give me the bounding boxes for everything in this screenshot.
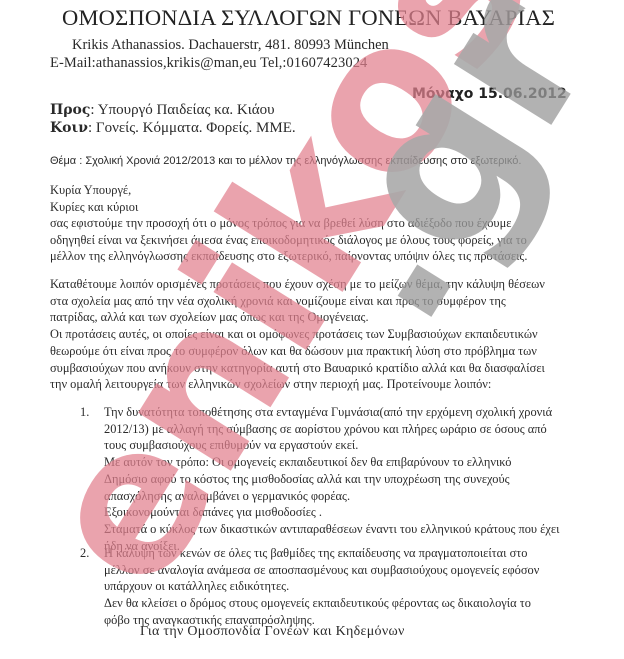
proposal-item: 1. Την δυνατότητα τοποθέτησης στα ενταγμ…: [104, 404, 559, 554]
text-line: μέλλον της ελληνόγλωσσης εκπαίδευσης στο…: [50, 248, 527, 265]
organization-contact: E-Mail:athanassios,krikis@man,eu Tel,:01…: [50, 55, 367, 72]
text-line: απασχόλησης αναλαμβάνει ο γερμανικός φορ…: [104, 488, 559, 505]
letter-page: ΟΜΟΣΠΟΝΔΙΑ ΣΥΛΛΟΓΩΝ ΓΟΝΕΩΝ ΒΑΥΑΡΙΑΣ Krik…: [0, 0, 624, 659]
text-line: σας εφιστούμε την προσοχή ότι ο μόνος τρ…: [50, 215, 527, 232]
text-line: μέλλον σε αναλογία ανάμεσα σε αποσπασμέν…: [104, 562, 539, 579]
signature-line: Για την Ομοσπονδία Γονέων και Κηδεμόνων: [140, 624, 405, 640]
recipient-to: Προς: Υπουργό Παιδείας κα. Κιάου: [50, 102, 275, 119]
text-line: Εξοικονομούνται δαπάνες για μισθοδοσίες …: [104, 504, 559, 521]
text-line: τους συμβασιούχους επιθυμούν να εργαστού…: [104, 437, 559, 454]
cc-value: : Γονείς. Κόμματα. Φορείς. ΜΜΕ.: [88, 120, 296, 136]
greeting-line: Κυρίες και κύριοι: [50, 199, 138, 216]
text-line: πατρίδας, αλλά και των σχολείων μας όπως…: [50, 309, 545, 326]
text-line: Την δυνατότητα τοποθέτησης στα ενταγμένα…: [104, 404, 559, 421]
text-line: Σταματά ο κύκλος των δικαστικών αντιπαρα…: [104, 521, 559, 538]
greeting: Κυρία Υπουργέ, Κυρίες και κύριοι: [50, 182, 138, 215]
recipient-cc: Κοιν: Γονείς. Κόμματα. Φορείς. ΜΜΕ.: [50, 120, 296, 137]
cc-label: Κοιν: [50, 120, 88, 136]
proposal-item: 2. Η κάλυψη των κενών σε όλες τις βαθμίδ…: [104, 545, 539, 629]
text-line: οδηγηθεί είναι να ξεκινήσει άμεσα ένας ε…: [50, 232, 527, 249]
text-line: στα σχολεία μας από την νέα σχολική χρον…: [50, 293, 545, 310]
text-line: υπάρχουν οι κατάλληλες ειδικότητες.: [104, 578, 539, 595]
proposal-number: 2.: [80, 545, 89, 562]
organization-name: ΟΜΟΣΠΟΝΔΙΑ ΣΥΛΛΟΓΩΝ ΓΟΝΕΩΝ ΒΑΥΑΡΙΑΣ: [62, 5, 555, 31]
text-line: συμβασιούχων που ανήκουν στην κατηγορία …: [50, 360, 545, 377]
text-line: Οι προτάσεις αυτές, οι οποίες είναι και …: [50, 326, 545, 343]
text-line: 2012/13) με αλλαγή της σύμβασης σε αορίσ…: [104, 421, 559, 438]
text-line: Δημόσιο αφού το κόστος της μισθοδοσίας α…: [104, 471, 559, 488]
organization-address: Krikis Athanassios. Dachauerstr, 481. 80…: [72, 37, 389, 54]
paragraph-proposals-intro: Καταθέτουμε λοιπόν ορισμένες προτάσεις π…: [50, 276, 545, 393]
letter-subject: Θέμα : Σχολική Χρονιά 2012/2013 και το μ…: [50, 155, 521, 167]
letter-date: Μόναχο 15.06.2012: [412, 86, 567, 102]
text-line: Δεν θα κλείσει ο δρόμος στους ομογενείς …: [104, 595, 539, 612]
proposal-number: 1.: [80, 404, 89, 421]
text-line: θεωρούμε ότι είναι προς το συμφέρον όλων…: [50, 343, 545, 360]
to-label: Προς: [50, 102, 90, 118]
text-line: την ομαλή λειτουργεία των ελληνικών σχολ…: [50, 376, 545, 393]
paragraph-intro: σας εφιστούμε την προσοχή ότι ο μόνος τρ…: [50, 215, 527, 265]
text-line: Η κάλυψη των κενών σε όλες τις βαθμίδες …: [104, 545, 539, 562]
text-line: Με αυτόν τον τρόπο: Οι ομογενείς εκπαιδε…: [104, 454, 559, 471]
text-line: Καταθέτουμε λοιπόν ορισμένες προτάσεις π…: [50, 276, 545, 293]
to-value: : Υπουργό Παιδείας κα. Κιάου: [90, 102, 274, 118]
greeting-line: Κυρία Υπουργέ,: [50, 182, 138, 199]
